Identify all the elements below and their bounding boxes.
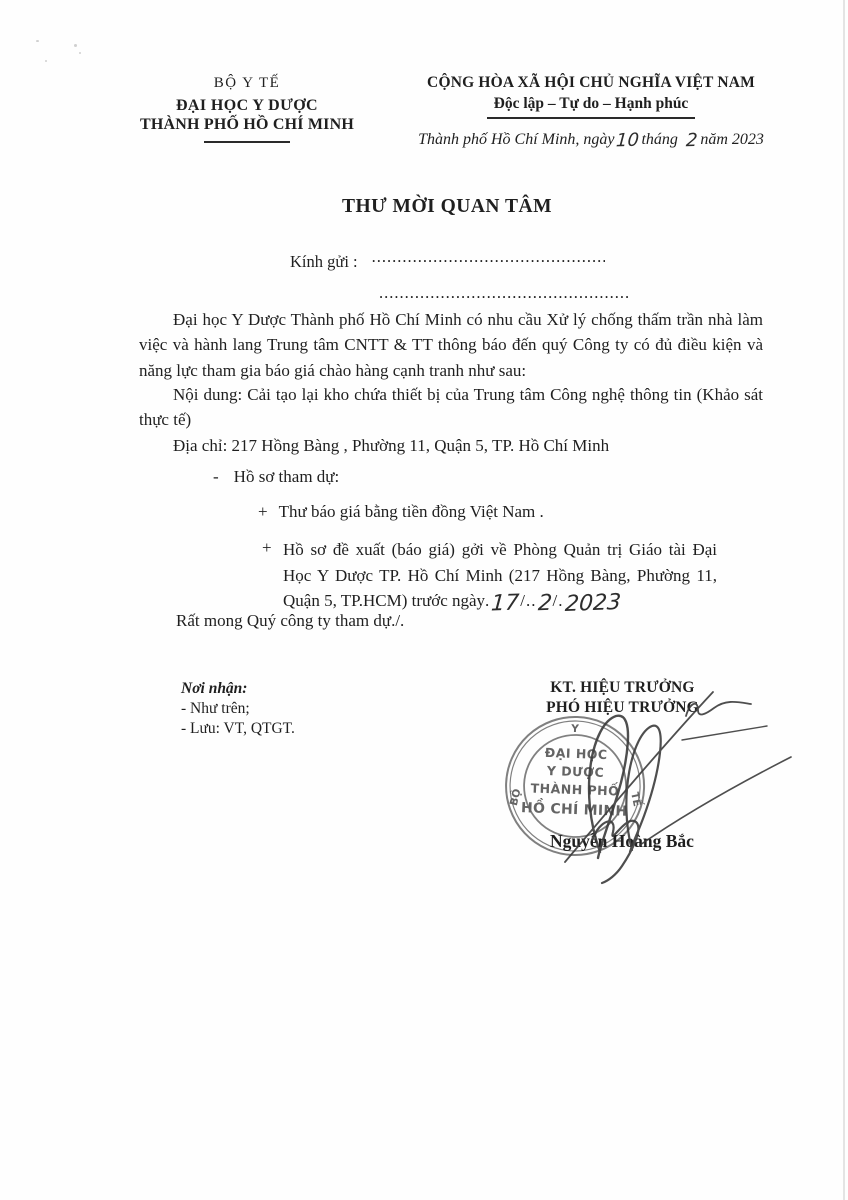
seal-outer-top: Y — [570, 723, 579, 735]
closing-line: Rất mong Quý công ty tham dự./. — [176, 611, 404, 631]
recipients-block: Nơi nhận: - Như trên; - Lưu: VT, QTGT. — [181, 679, 295, 739]
paragraph-content: Nội dung: Cải tạo lại kho chứa thiết bị … — [139, 382, 763, 433]
seal-inner-line-3: THÀNH PHỐ — [530, 778, 619, 798]
salutation-dots-2: ........................................… — [379, 283, 629, 303]
handwritten-deadline-year: 2023 — [564, 592, 622, 616]
scan-speck — [74, 44, 77, 47]
university-city: THÀNH PHỐ HỒ CHÍ MINH — [122, 115, 372, 134]
paragraph-intro: Đại học Y Dược Thành phố Hồ Chí Minh có … — [139, 307, 763, 383]
header-national: CỘNG HÒA XÃ HỘI CHỦ NGHĨA VIỆT NAM Độc l… — [396, 74, 786, 150]
scan-speck — [36, 40, 39, 42]
date-prefix: Thành phố Hồ Chí Minh, ngày — [418, 131, 614, 148]
quotation-text: Thư báo giá bằng tiền đồng Việt Nam . — [279, 502, 544, 521]
university-name: ĐẠI HỌC Y DƯỢC — [122, 96, 372, 115]
motto-underline — [487, 117, 695, 119]
recipients-title: Nơi nhận: — [181, 679, 295, 699]
ministry-name: BỘ Y TẾ — [122, 74, 372, 93]
dossier-label: Hồ sơ tham dự: — [234, 467, 340, 486]
plus-bullet-2: + — [262, 538, 272, 558]
salutation-dots-1: ........................................… — [372, 247, 605, 267]
handwritten-deadline-day: 17 — [491, 593, 521, 616]
national-motto: Độc lập – Tự do – Hạnh phúc — [396, 95, 786, 113]
signature-title-1: KT. HIỆU TRƯỞNG — [515, 678, 730, 698]
deadline-dots: . — [485, 591, 490, 610]
deadline-dots: /.. — [520, 591, 536, 610]
date-line: Thành phố Hồ Chí Minh, ngày10tháng2năm 2… — [396, 131, 786, 150]
dash-bullet: - — [213, 467, 219, 486]
seal-inner-line-4: HỒ CHÍ MINH — [521, 797, 628, 820]
date-suffix: năm 2023 — [700, 131, 764, 148]
date-thang: tháng — [641, 131, 677, 148]
scan-edge-shadow — [843, 0, 845, 1200]
scanned-letter-page: BỘ Y TẾ ĐẠI HỌC Y DƯỢC THÀNH PHỐ HỒ CHÍ … — [0, 0, 848, 1200]
deadline-dots: /. — [553, 591, 564, 610]
paragraph-address: Địa chỉ: 217 Hồng Bàng , Phường 11, Quận… — [139, 433, 763, 458]
seal-inner-line-2: Y DƯỢC — [546, 763, 605, 780]
national-title: CỘNG HÒA XÃ HỘI CHỦ NGHĨA VIỆT NAM — [396, 74, 786, 92]
salutation-line: Kính gửi :..............................… — [290, 247, 605, 272]
handwritten-day: 10 — [615, 132, 639, 151]
salutation-label: Kính gửi : — [290, 252, 358, 271]
header-issuing-org: BỘ Y TẾ ĐẠI HỌC Y DƯỢC THÀNH PHỐ HỒ CHÍ … — [122, 74, 372, 143]
document-title: THƯ MỜI QUAN TÂM — [46, 196, 848, 218]
scan-speck — [79, 52, 81, 54]
handwritten-month: 2 — [685, 132, 698, 150]
recipient-item: - Lưu: VT, QTGT. — [181, 719, 295, 739]
handwritten-deadline-month: 2 — [537, 593, 553, 616]
header-left-underline — [204, 141, 290, 143]
signer-name: Nguyễn Hoàng Bắc — [512, 831, 732, 852]
list-item-quotation: +Thư báo giá bằng tiền đồng Việt Nam . — [258, 502, 544, 522]
recipient-item: - Như trên; — [181, 699, 295, 719]
scan-speck — [45, 60, 47, 62]
seal-inner-line-1: ĐẠI HỌC — [545, 745, 608, 762]
signature-paraph-underline — [682, 726, 767, 740]
list-item-dossier: -Hồ sơ tham dự: — [213, 467, 339, 487]
plus-bullet-1: + — [258, 502, 268, 521]
list-item-proposal: Hồ sơ đề xuất (báo giá) gởi về Phòng Quả… — [283, 537, 717, 615]
